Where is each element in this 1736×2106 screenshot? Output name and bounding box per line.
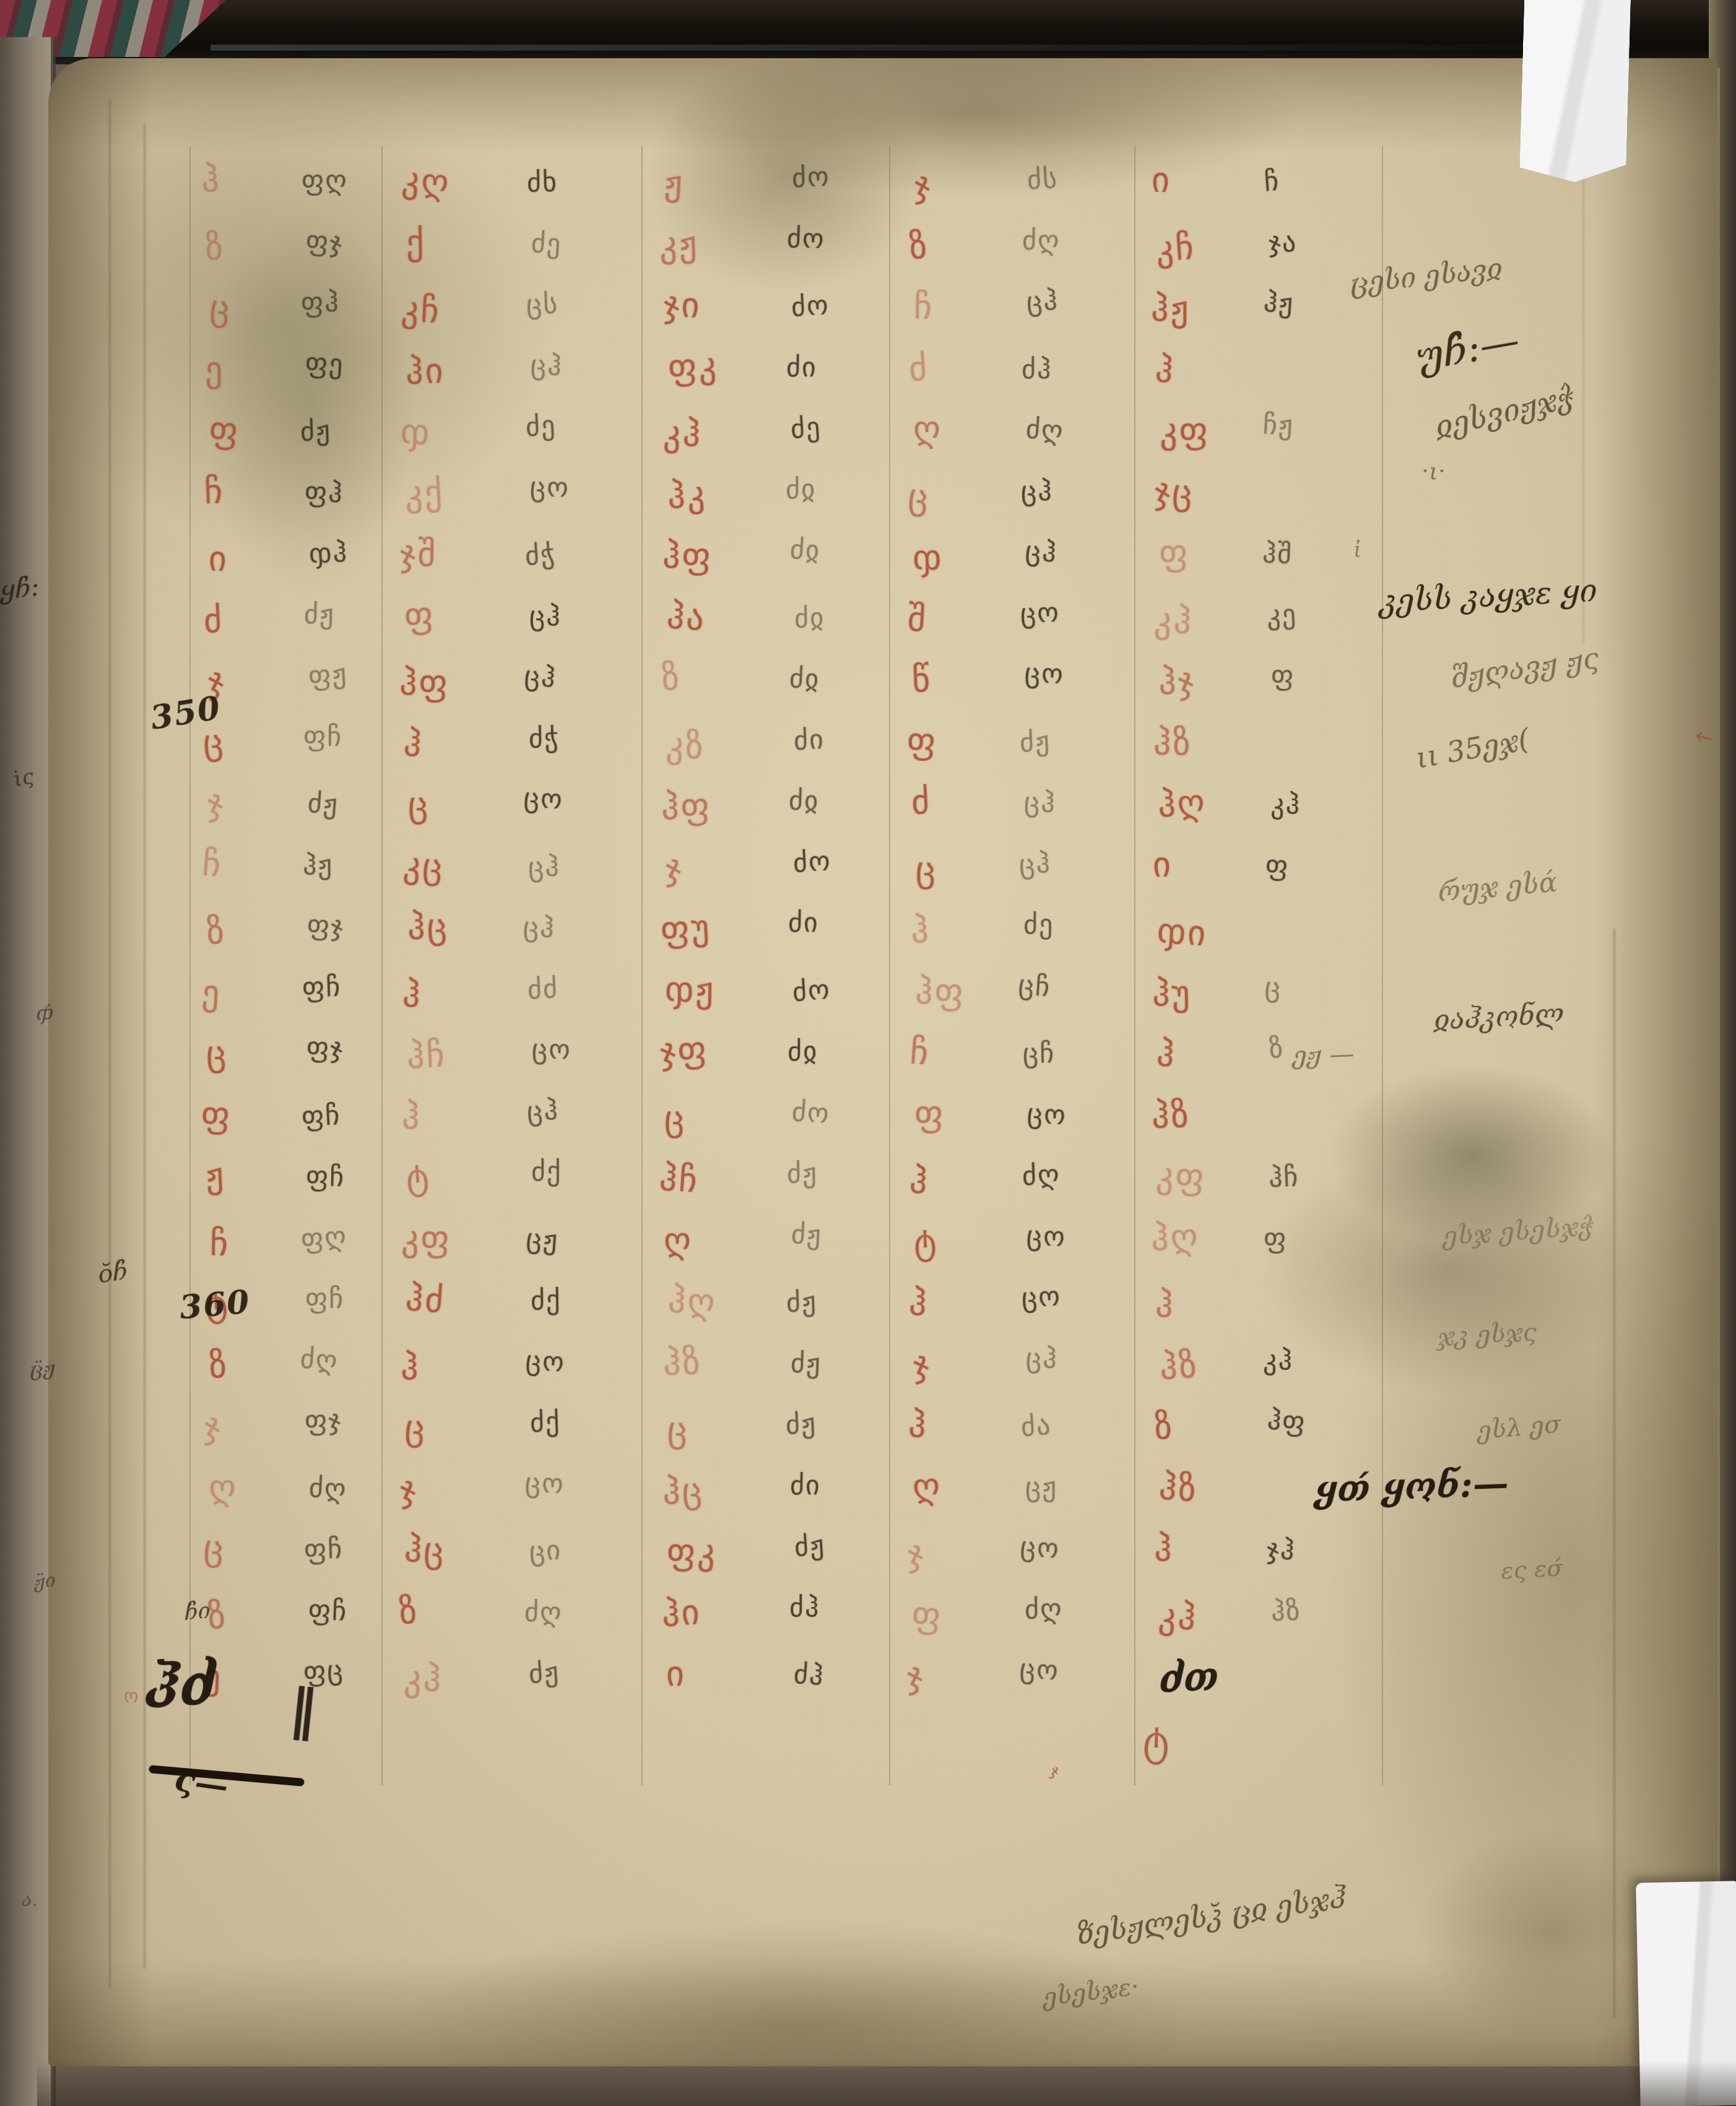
table-cell-red-numeral: ჰც xyxy=(662,1473,705,1510)
table-cell-black-numeral: ძჟ xyxy=(1019,727,1051,756)
table-cell-black-numeral: ძჲ xyxy=(789,535,822,565)
table-cell-red-numeral: ჰფ xyxy=(662,539,713,574)
table-cell-red-numeral: კფ xyxy=(1160,414,1210,449)
table-cell-red-numeral: ზ xyxy=(1155,1410,1174,1445)
table-cell-black-numeral: ძღ xyxy=(1025,415,1065,445)
table-cell-red-numeral: ჯფ xyxy=(659,1032,709,1070)
pen-trial-mark: ჰძ xyxy=(142,1655,218,1717)
table-cell-black-numeral: ძჭ xyxy=(524,540,557,570)
table-cell-black-numeral: ცო xyxy=(1020,599,1060,627)
manuscript-photo: { "document": { "kind_label": "parchment… xyxy=(0,0,1736,2106)
table-cell-black-numeral: ძძ xyxy=(527,974,559,1003)
table-cell-red-numeral: ე xyxy=(201,976,222,1012)
table-cell-black-numeral: ზ xyxy=(1269,1035,1285,1063)
table-cell-red-numeral: ჰ xyxy=(401,1350,420,1385)
table-cell-red-numeral: ჯ xyxy=(207,786,225,821)
pen-trial-mark: ‖ xyxy=(287,1680,320,1737)
table-cell-black-numeral: ძი xyxy=(790,1471,822,1499)
table-cell-red-numeral: ფ xyxy=(201,1098,232,1133)
table-cell-black-numeral: ცო xyxy=(1021,1283,1062,1312)
table-cell-black-numeral: ცჩ xyxy=(1023,1040,1056,1068)
table-cell-red-numeral: ჶი xyxy=(1156,914,1209,952)
table-cell-red-numeral: ძ xyxy=(908,350,930,386)
table-cell-red-numeral: ზ xyxy=(206,231,225,266)
table-cell-black-numeral: ცჰ xyxy=(1021,477,1053,505)
table-cell-red-numeral: კფ xyxy=(401,1222,451,1257)
table-cell-red-numeral: ტ xyxy=(913,1225,939,1260)
table-cell-red-numeral: ჰა xyxy=(666,599,707,636)
table-cell-black-numeral: ფჯ xyxy=(305,1406,342,1434)
right-margin-annotation: ἰ xyxy=(1353,540,1361,561)
table-cell-red-numeral: ჰკ xyxy=(666,477,708,514)
table-cell-red-numeral: ჶ xyxy=(400,415,432,451)
table-cell-red-numeral: კფ xyxy=(1155,1159,1207,1195)
table-cell-black-numeral: ფჟ xyxy=(308,661,349,690)
table-cell-red-numeral: კც xyxy=(402,848,445,885)
table-cell-black-numeral: ძღ xyxy=(1025,1595,1063,1623)
table-cell-red-numeral: ც xyxy=(916,852,938,888)
table-cell-red-numeral: ც xyxy=(404,1411,428,1447)
table-cell-red-numeral: ც xyxy=(408,788,430,823)
table-cell-black-numeral: ძღ xyxy=(524,1598,563,1626)
table-cell-red-numeral: ზ xyxy=(207,915,227,950)
table-cell-red-numeral: ძ xyxy=(203,603,225,639)
table-cell-red-numeral: ჰუ xyxy=(1152,976,1192,1012)
table-cell-red-numeral: კჰ xyxy=(1153,603,1194,639)
table-cell-red-numeral: ღ xyxy=(911,1468,943,1505)
table-cell-black-numeral: ძღ xyxy=(300,1345,339,1374)
table-cell-red-numeral: ჰღ xyxy=(1157,785,1207,823)
table-cell-black-numeral: ცჰ xyxy=(530,352,563,380)
table-cell-red-numeral: ჰჟ xyxy=(1151,292,1190,327)
table-cell-black-numeral: ჰჩ xyxy=(1268,1163,1300,1192)
table-cell-black-numeral: ძხ xyxy=(527,169,558,197)
column-rule xyxy=(189,146,191,1785)
table-cell-red-numeral: შ xyxy=(907,602,929,638)
table-cell-red-numeral: ფ xyxy=(914,1096,945,1132)
table-cell-red-numeral: ფ xyxy=(209,413,241,449)
table-cell-black-numeral: ძჟ xyxy=(786,1288,817,1317)
right-margin-annotation: ·ι· xyxy=(1421,459,1446,483)
table-cell-red-numeral: ძ xyxy=(911,784,932,820)
table-cell-red-numeral: ჰ xyxy=(402,726,424,762)
table-cell-black-numeral: ფჯ xyxy=(305,227,344,256)
table-cell-black-numeral: ფღ xyxy=(302,167,348,194)
table-cell-black-numeral: ძო xyxy=(792,976,831,1005)
right-margin-annotation: ყთ́ ყონ:— xyxy=(1314,1465,1509,1508)
table-cell-red-numeral: ი xyxy=(208,542,229,577)
table-cell-black-numeral: ძჟ xyxy=(300,417,331,446)
right-margin-annotation: ესλ ეσ xyxy=(1477,1411,1562,1444)
table-cell-black-numeral: ძე xyxy=(790,414,822,443)
table-cell-black-numeral: ცი xyxy=(529,1537,562,1566)
right-margin-annotation: ჯკ ესჯς xyxy=(1437,1320,1537,1350)
table-cell-red-numeral: ც xyxy=(664,1102,686,1137)
table-cell-red-numeral: ჰფ xyxy=(915,975,965,1010)
table-cell-black-numeral: ძჟ xyxy=(791,1220,823,1249)
table-cell-black-numeral: ჰშ xyxy=(1262,540,1293,568)
table-cell-red-numeral: ჰ xyxy=(909,913,931,949)
table-cell-black-numeral: ძღ xyxy=(308,1474,348,1503)
table-cell-black-numeral: ცჰ xyxy=(526,1096,560,1125)
right-margin-annotation: ეჟ — xyxy=(1292,1041,1355,1068)
margin-number-note: ŏჩ̈ xyxy=(96,1259,129,1287)
table-cell-black-numeral: ჰჟ xyxy=(1263,288,1295,318)
table-cell-black-numeral: ცო xyxy=(1024,660,1064,688)
table-cell-red-numeral: კჰ xyxy=(663,417,703,452)
table-cell-black-numeral: ცჰ xyxy=(1026,1345,1058,1372)
table-cell-black-numeral: ცჰ xyxy=(529,603,561,630)
table-cell-red-numeral: ჶ xyxy=(913,541,944,576)
table-cell-black-numeral: ცო xyxy=(523,784,564,813)
gutter-fold-line xyxy=(109,99,111,1987)
table-cell-black-numeral: ფჯ xyxy=(306,911,345,940)
table-cell-black-numeral: ძჭ xyxy=(529,724,560,752)
table-cell-red-numeral: ჰზ xyxy=(662,1345,702,1380)
table-cell-black-numeral: ჯა xyxy=(1269,229,1297,256)
table-cell-red-numeral: ღ xyxy=(913,412,942,447)
left-margin-scribble: ჶ̇ xyxy=(35,1002,54,1023)
table-cell-black-numeral: ც xyxy=(1264,974,1282,1002)
table-cell-red-numeral: კჰ xyxy=(1158,1599,1199,1636)
table-cell-red-numeral: ღ xyxy=(664,1223,693,1259)
margin-number-note: 360 xyxy=(178,1286,252,1324)
table-cell-red-numeral: ც xyxy=(206,1036,228,1072)
table-cell-red-numeral: ჯ xyxy=(908,1537,925,1572)
table-cell-black-numeral: ძჲ xyxy=(789,665,821,694)
table-cell-black-numeral: ჩჟ xyxy=(1262,411,1295,440)
table-cell-red-numeral: კჩ xyxy=(401,292,442,329)
table-cell-black-numeral: ძო xyxy=(792,847,832,877)
table-cell-red-numeral: წ xyxy=(911,662,932,698)
table-cell-black-numeral: ფღ xyxy=(300,1223,349,1253)
table-cell-red-numeral: ჰც xyxy=(404,1533,446,1569)
table-cell-red-numeral: ც xyxy=(667,1413,690,1448)
table-cell-black-numeral: ძჲ xyxy=(788,787,820,815)
table-cell-black-numeral: ფ xyxy=(1265,851,1290,880)
table-cell-black-numeral: ძე xyxy=(1023,911,1054,938)
table-cell-black-numeral: ძო xyxy=(786,224,825,253)
table-cell-black-numeral: ძი xyxy=(788,909,820,937)
table-cell-red-numeral: ი xyxy=(1152,163,1172,199)
table-cell-red-numeral: ფკ xyxy=(667,348,719,385)
table-cell-red-numeral: ფ xyxy=(1158,535,1190,571)
table-cell-black-numeral: ძო xyxy=(791,163,830,192)
table-cell-red-numeral: ც xyxy=(202,724,226,760)
table-cell-red-numeral: ჰ xyxy=(402,977,422,1013)
table-cell-red-numeral: ც xyxy=(203,1531,227,1567)
table-cell-black-numeral: ძჲ xyxy=(786,476,816,503)
table-cell-red-numeral: ჩ xyxy=(909,1035,931,1071)
column-rule xyxy=(1382,146,1383,1785)
table-cell-black-numeral: ფჩ xyxy=(301,1101,342,1130)
table-cell-black-numeral: ცჰ xyxy=(1025,538,1058,567)
table-cell-red-numeral: ჰც xyxy=(407,909,449,945)
table-cell-red-numeral: ი xyxy=(1153,848,1173,883)
table-cell-black-numeral: ჰფ xyxy=(1267,1406,1308,1436)
table-cell-red-numeral: ზ xyxy=(662,661,682,696)
table-cell-black-numeral: ცო xyxy=(532,1036,571,1064)
table-cell-red-numeral: ტ xyxy=(405,1160,432,1197)
table-cell-black-numeral: ცს xyxy=(526,290,559,319)
left-margin-scribble: ι̇ς xyxy=(12,766,36,791)
table-cell-black-numeral: ძო xyxy=(791,1098,831,1127)
table-cell-red-numeral: ჯშ xyxy=(400,537,438,572)
table-cell-red-numeral: ჯ xyxy=(665,851,684,886)
table-cell-black-numeral: ძჲ xyxy=(794,604,825,632)
table-cell-black-numeral: ჰზ xyxy=(1270,1597,1301,1626)
table-cell-black-numeral: ძი xyxy=(786,353,818,381)
table-cell-black-numeral: ფჩ xyxy=(305,1285,344,1312)
table-cell-red-numeral: ჩ xyxy=(210,1226,230,1262)
table-cell-red-numeral: ჰ xyxy=(908,1408,928,1444)
table-cell-black-numeral: ძჟ xyxy=(785,1410,817,1439)
page-fold-line xyxy=(1613,929,1615,2018)
table-cell-red-numeral: ზ xyxy=(209,1349,228,1384)
table-cell-black-numeral: ცჰ xyxy=(524,662,557,691)
table-cell-black-numeral: ძქ xyxy=(531,1287,562,1315)
pen-trial-mark: ო xyxy=(124,1688,139,1706)
table-cell-red-numeral: ჰზ xyxy=(1153,726,1192,761)
table-cell-black-numeral: ჶჰ xyxy=(308,539,349,568)
table-cell-red-numeral: ჯ xyxy=(914,168,932,204)
table-cell-red-numeral: ჰ xyxy=(402,1099,422,1135)
left-margin-scribble: ც̈ჟ xyxy=(29,1358,56,1380)
table-cell-black-numeral: ძჲ xyxy=(788,1038,818,1065)
table-cell-black-numeral: ცო xyxy=(525,1347,566,1376)
table-cell-black-numeral: ფჩ xyxy=(303,1535,344,1564)
table-cell-black-numeral: ძჟ xyxy=(304,600,336,628)
table-cell-black-numeral: ჰჟ xyxy=(303,851,334,879)
column-rule xyxy=(889,146,890,1785)
table-cell-black-numeral: ცჟ xyxy=(526,1225,560,1255)
table-cell-red-numeral: ჰ xyxy=(1155,1288,1175,1324)
table-cell-red-numeral: ჰზ xyxy=(1158,1470,1199,1507)
table-cell-red-numeral: ჰზ xyxy=(1151,1098,1191,1133)
book-spine xyxy=(0,37,53,2106)
table-cell-black-numeral: ფ xyxy=(1264,1224,1288,1252)
table-cell-black-numeral: ძო xyxy=(791,292,830,321)
table-cell-black-numeral: ძე xyxy=(531,229,563,258)
table-cell-black-numeral: ჩ xyxy=(1263,167,1280,196)
table-cell-black-numeral: ფჩ xyxy=(308,1596,348,1624)
table-cell-red-numeral: ჰი xyxy=(661,1595,702,1632)
table-cell-black-numeral: ძჰ xyxy=(1022,356,1052,383)
table-cell-red-numeral: ჯ xyxy=(907,1659,925,1694)
table-cell-black-numeral: ძღ xyxy=(1022,227,1061,254)
table-cell-black-numeral: ცჟ xyxy=(1025,1474,1057,1501)
table-cell-red-numeral: ჯ xyxy=(399,1472,418,1507)
right-margin-annotation: ჲაჰკონლ xyxy=(1433,1001,1565,1035)
table-cell-red-numeral: კჩ xyxy=(1155,230,1197,267)
table-cell-black-numeral: ძი xyxy=(793,726,825,755)
left-margin-scribble: ყჩ̈: xyxy=(0,574,40,604)
table-cell-black-numeral: ძს xyxy=(1026,165,1059,194)
table-cell-black-numeral: ცჰ xyxy=(523,914,555,942)
table-cell-black-numeral: ძა xyxy=(1020,1411,1052,1441)
table-cell-black-numeral: ძჟ xyxy=(528,1658,561,1688)
table-cell-red-numeral: ჯც xyxy=(1154,474,1195,511)
table-cell-red-numeral: ჰი xyxy=(405,353,445,389)
table-cell-black-numeral: ფჩ xyxy=(302,973,342,1001)
table-cell-red-numeral: კჟ xyxy=(659,227,699,262)
table-cell-red-numeral: ჰფ xyxy=(399,666,449,701)
stray-ink-mark: ტ xyxy=(1142,1720,1170,1762)
table-cell-black-numeral: ფე xyxy=(305,349,345,378)
table-cell-black-numeral: ცო xyxy=(1026,1222,1066,1250)
table-cell-red-numeral: ზ xyxy=(399,1594,420,1630)
book-binding-top-edge xyxy=(0,0,1736,64)
table-cell-black-numeral: ცო xyxy=(524,1469,565,1497)
table-cell-red-numeral: ჰჯ xyxy=(1158,664,1197,700)
table-cell-red-numeral: ღ xyxy=(209,1470,238,1506)
table-cell-red-numeral: ჰღ xyxy=(667,1283,718,1320)
stray-ink-mark: ძთ xyxy=(1158,1658,1220,1699)
table-cell-red-numeral: ი xyxy=(666,1657,686,1692)
column-rule xyxy=(641,146,643,1785)
table-cell-black-numeral: ძჰ xyxy=(789,1594,820,1621)
table-cell-red-numeral: კზ xyxy=(666,728,706,765)
table-cell-black-numeral: ფ xyxy=(1271,662,1295,690)
table-cell-black-numeral: ძქ xyxy=(531,1158,562,1185)
table-cell-black-numeral: ცჰ xyxy=(1018,849,1052,878)
table-cell-black-numeral: ძჟ xyxy=(794,1532,827,1561)
table-cell-red-numeral: ჰ xyxy=(1156,1037,1177,1073)
table-cell-red-numeral: ფუ xyxy=(660,911,712,948)
table-cell-red-numeral: ჰძ xyxy=(404,1281,446,1319)
table-cell-red-numeral: ქ xyxy=(406,225,427,261)
table-cell-red-numeral: ჩ xyxy=(201,846,224,882)
table-cell-black-numeral: ცჰ xyxy=(527,853,560,882)
table-cell-red-numeral: ჰჩ xyxy=(406,1038,448,1074)
table-cell-red-numeral: ჰ xyxy=(1154,1532,1174,1567)
table-cell-black-numeral: ცო xyxy=(1026,1100,1067,1129)
right-margin-annotation: ες εσ́ xyxy=(1500,1556,1563,1582)
table-cell-red-numeral: ჯ xyxy=(913,1347,932,1382)
table-cell-red-numeral: ჩ xyxy=(204,474,225,509)
table-cell-red-numeral: ჰ xyxy=(909,1164,930,1200)
table-cell-red-numeral: ფკ xyxy=(667,1535,718,1570)
table-cell-red-numeral: ჰღ xyxy=(1150,1219,1200,1256)
table-cell-black-numeral: კე xyxy=(1266,600,1298,629)
table-cell-red-numeral: ჶჟ xyxy=(665,973,716,1008)
table-cell-black-numeral: ცო xyxy=(1020,1533,1061,1563)
left-margin-scribble: ა. xyxy=(22,1891,38,1910)
table-cell-red-numeral: ჰ xyxy=(1154,352,1176,388)
table-cell-red-numeral: ც xyxy=(907,479,931,515)
table-cell-red-numeral: ჰფ xyxy=(661,789,712,826)
table-cell-red-numeral: ზ xyxy=(909,229,930,265)
table-cell-black-numeral: ცო xyxy=(530,474,570,501)
table-cell-red-numeral: ჯ xyxy=(203,1409,223,1445)
table-cell-black-numeral: ფჩ xyxy=(306,1163,345,1190)
table-cell-black-numeral: ცჰ xyxy=(1024,789,1056,817)
table-cell-black-numeral: ძღ xyxy=(1022,1161,1061,1190)
table-cell-red-numeral: ჯი xyxy=(663,288,701,324)
table-cell-black-numeral: კჰ xyxy=(1270,791,1301,818)
table-cell-black-numeral: ძჰ xyxy=(793,1660,825,1689)
left-margin-scribble: ჟ̈ი xyxy=(33,1571,57,1592)
table-cell-black-numeral: ცო xyxy=(1019,1655,1060,1684)
table-cell-black-numeral: ფჩ xyxy=(303,723,342,750)
table-cell-red-numeral: ჟ xyxy=(664,166,685,202)
table-cell-black-numeral: ცჩ xyxy=(1018,971,1052,1001)
table-cell-red-numeral: ჰ xyxy=(908,1286,929,1321)
column-rule xyxy=(1134,146,1135,1785)
table-cell-red-numeral: ჟ xyxy=(205,1158,227,1194)
table-cell-black-numeral: ძჟ xyxy=(787,1160,818,1188)
bottom-edge-shadow xyxy=(37,2060,1736,2106)
table-cell-red-numeral: ფ xyxy=(906,724,938,760)
table-cell-red-numeral: ჰ xyxy=(200,162,222,198)
table-cell-red-numeral: კღ xyxy=(401,163,451,201)
table-cell-black-numeral: ძჟ xyxy=(790,1350,822,1378)
table-cell-black-numeral: ფჯ xyxy=(306,1034,344,1062)
table-cell-red-numeral: ჰზ xyxy=(1158,1348,1199,1385)
pen-trial-mark: ჩ̈ი xyxy=(184,1600,212,1624)
column-rule xyxy=(381,146,383,1785)
table-cell-black-numeral: ძჟ xyxy=(307,789,340,818)
table-cell-black-numeral: კჰ xyxy=(1263,1347,1293,1374)
table-cell-red-numeral: ფ xyxy=(403,597,436,634)
table-cell-red-numeral: კქ xyxy=(404,475,445,512)
table-cell-red-numeral: ჰჩ xyxy=(658,1161,700,1198)
table-cell-black-numeral: ჯჰ xyxy=(1266,1536,1296,1564)
bookmark-tab-top xyxy=(1519,0,1631,183)
table-cell-black-numeral: ფჰ xyxy=(304,478,344,506)
table-cell-black-numeral: ცჰ xyxy=(1026,287,1059,316)
table-cell-red-numeral: ც xyxy=(209,291,233,327)
table-cell-red-numeral: ჩ xyxy=(914,290,934,326)
table-cell-red-numeral: ფ xyxy=(911,1597,944,1634)
table-cell-black-numeral: ფჰ xyxy=(301,288,340,316)
table-cell-red-numeral: ე xyxy=(205,352,225,388)
table-cell-black-numeral: ძქ xyxy=(529,1408,561,1437)
table-cell-red-numeral: კჰ xyxy=(404,1662,443,1697)
table-cell-black-numeral: ძე xyxy=(525,412,557,441)
